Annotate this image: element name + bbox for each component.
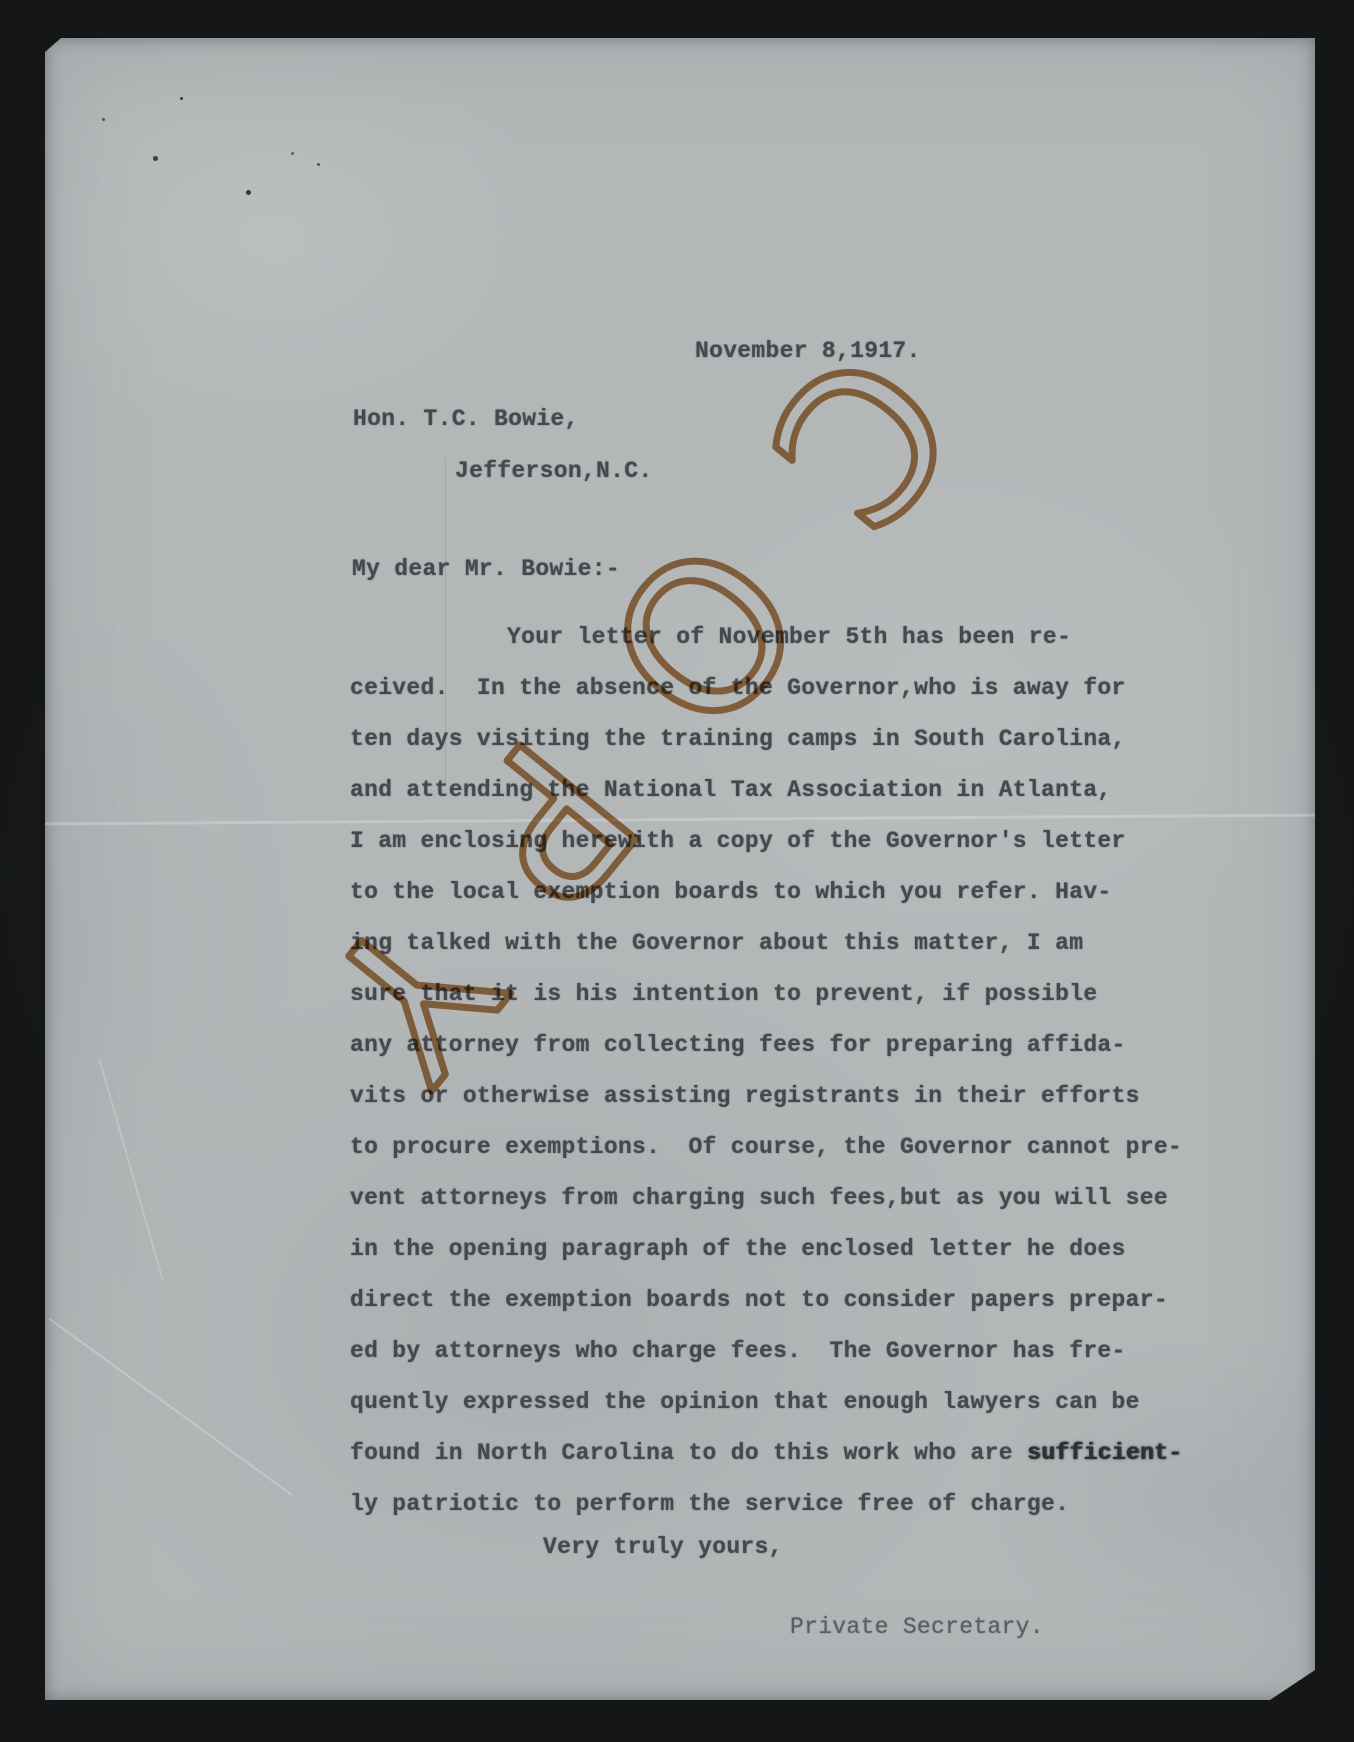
recipient-name: Hon. T.C. Bowie, xyxy=(353,406,579,432)
body-line: ly patriotic to perform the service free… xyxy=(350,1479,1230,1530)
overstruck-word: sufficient- xyxy=(1027,1440,1182,1466)
body-line: and attending the National Tax Associati… xyxy=(350,765,1230,816)
closing-phrase: Very truly yours, xyxy=(543,1534,783,1560)
salutation: My dear Mr. Bowie:- xyxy=(352,556,620,582)
scan-background: November 8,1917. Hon. T.C. Bowie, Jeffer… xyxy=(0,0,1354,1742)
paper-crease xyxy=(98,1058,163,1280)
letter-page: November 8,1917. Hon. T.C. Bowie, Jeffer… xyxy=(45,38,1315,1700)
body-line: quently expressed the opinion that enoug… xyxy=(350,1377,1230,1428)
body-line: to procure exemptions. Of course, the Go… xyxy=(350,1122,1230,1173)
signature-title: Private Secretary. xyxy=(790,1614,1044,1640)
body-line: Your letter of November 5th has been re- xyxy=(350,612,1230,663)
body-line-text: found in North Carolina to do this work … xyxy=(350,1440,1027,1466)
ink-speck xyxy=(180,97,183,100)
body-line: ten days visiting the training camps in … xyxy=(350,714,1230,765)
paper-crease xyxy=(49,1318,293,1496)
body-line: any attorney from collecting fees for pr… xyxy=(350,1020,1230,1071)
body-line-overstruck: found in North Carolina to do this work … xyxy=(350,1428,1230,1479)
body-line: sure that it is his intention to prevent… xyxy=(350,969,1230,1020)
body-line: in the opening paragraph of the enclosed… xyxy=(350,1224,1230,1275)
letter-date: November 8,1917. xyxy=(695,338,921,364)
body-line: to the local exemption boards to which y… xyxy=(350,867,1230,918)
body-line: ed by attorneys who charge fees. The Gov… xyxy=(350,1326,1230,1377)
recipient-address: Jefferson,N.C. xyxy=(455,458,652,484)
body-line: I am enclosing herewith a copy of the Go… xyxy=(350,816,1230,867)
body-line: vits or otherwise assisting registrants … xyxy=(350,1071,1230,1122)
letter-body: Your letter of November 5th has been re-… xyxy=(350,612,1230,1530)
body-line: ceived. In the absence of the Governor,w… xyxy=(350,663,1230,714)
body-line: vent attorneys from charging such fees,b… xyxy=(350,1173,1230,1224)
body-line: direct the exemption boards not to consi… xyxy=(350,1275,1230,1326)
body-line: ing talked with the Governor about this … xyxy=(350,918,1230,969)
